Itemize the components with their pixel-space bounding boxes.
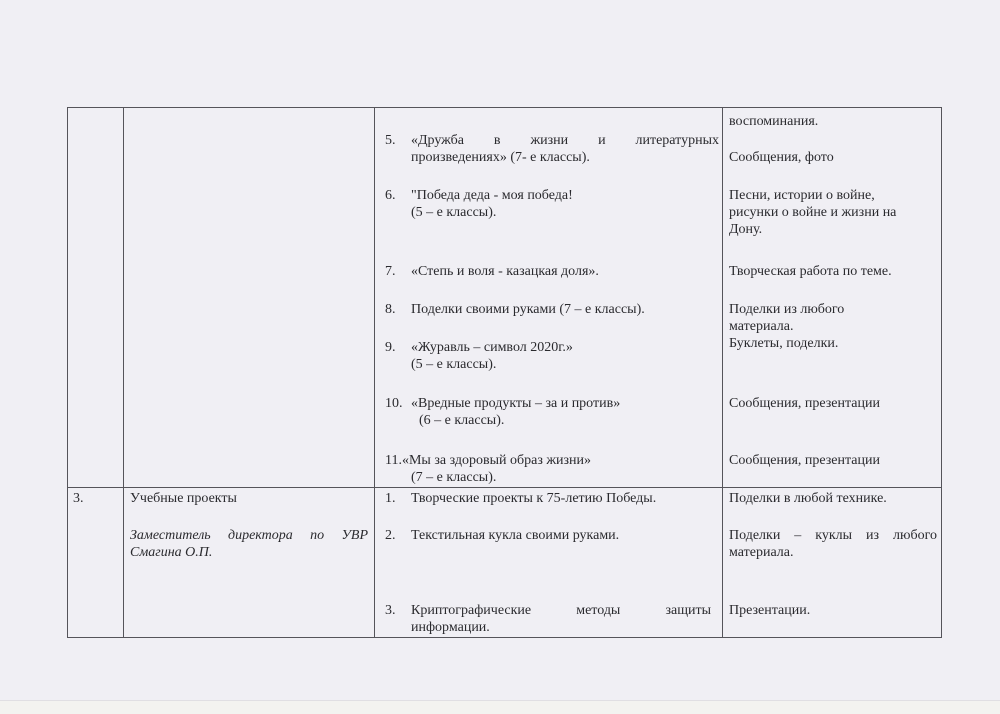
row-divider: [67, 487, 942, 488]
list-item: 1.Творческие проекты к 75-летию Победы.: [385, 490, 656, 507]
row-number: 3.: [73, 490, 84, 507]
list-item-line: информации.: [411, 619, 490, 636]
table-border-left: [67, 107, 68, 638]
page-bottom-edge: [0, 700, 1000, 714]
result-text: Творческая работа по теме.: [729, 263, 892, 280]
result-text: Дону.: [729, 221, 762, 238]
list-item: 10.«Вредные продукты – за и против»: [385, 395, 620, 412]
row-title: Учебные проекты: [130, 490, 237, 507]
list-item-line: произведениях» (7- е классы).: [411, 149, 590, 166]
list-item-line: (6 – е классы).: [419, 412, 504, 429]
result-text: Сообщения, фото: [729, 149, 834, 166]
list-item: 7.«Степь и воля - казацкая доля».: [385, 263, 599, 280]
list-item: 11.«Мы за здоровый образ жизни»: [385, 452, 591, 469]
result-text: Сообщения, презентации: [729, 452, 880, 469]
responsible-person: Заместитель директора по УВР: [130, 527, 368, 544]
list-item-line: (7 – е классы).: [411, 469, 496, 486]
list-item: 9.«Журавль – символ 2020г.»: [385, 339, 573, 356]
table-border-bottom: [67, 637, 942, 638]
result-text: рисунки о войне и жизни на: [729, 204, 896, 221]
list-item-line: (5 – е классы).: [411, 356, 496, 373]
list-item: 2.Текстильная кукла своими руками.: [385, 527, 619, 544]
result-text: воспоминания.: [729, 113, 818, 130]
result-text: Презентации.: [729, 602, 810, 619]
result-text: Поделки в любой технике.: [729, 490, 887, 507]
table-border-top: [67, 107, 942, 108]
result-text: материала.: [729, 544, 793, 561]
list-item: 6."Победа деда - моя победа!: [385, 187, 573, 204]
column-divider-3: [722, 107, 723, 638]
table-border-right: [941, 107, 942, 638]
column-divider-2: [374, 107, 375, 638]
result-text: Поделки – куклы из любого: [729, 527, 937, 544]
result-text: Сообщения, презентации: [729, 395, 880, 412]
responsible-person: Смагина О.П.: [130, 544, 212, 561]
result-text: Поделки из любого: [729, 301, 844, 318]
list-item: 3.Криптографические методы защиты: [385, 602, 721, 619]
list-item: 5.«Дружба в жизни и литературных: [385, 132, 721, 149]
list-item-line: (5 – е классы).: [411, 204, 496, 221]
activity-table: 5.«Дружба в жизни и литературных произве…: [67, 107, 942, 638]
list-item: 8.Поделки своими руками (7 – е классы).: [385, 301, 645, 318]
column-divider-1: [123, 107, 124, 638]
result-text: материала.: [729, 318, 793, 335]
result-text: Буклеты, поделки.: [729, 335, 838, 352]
result-text: Песни, истории о войне,: [729, 187, 875, 204]
